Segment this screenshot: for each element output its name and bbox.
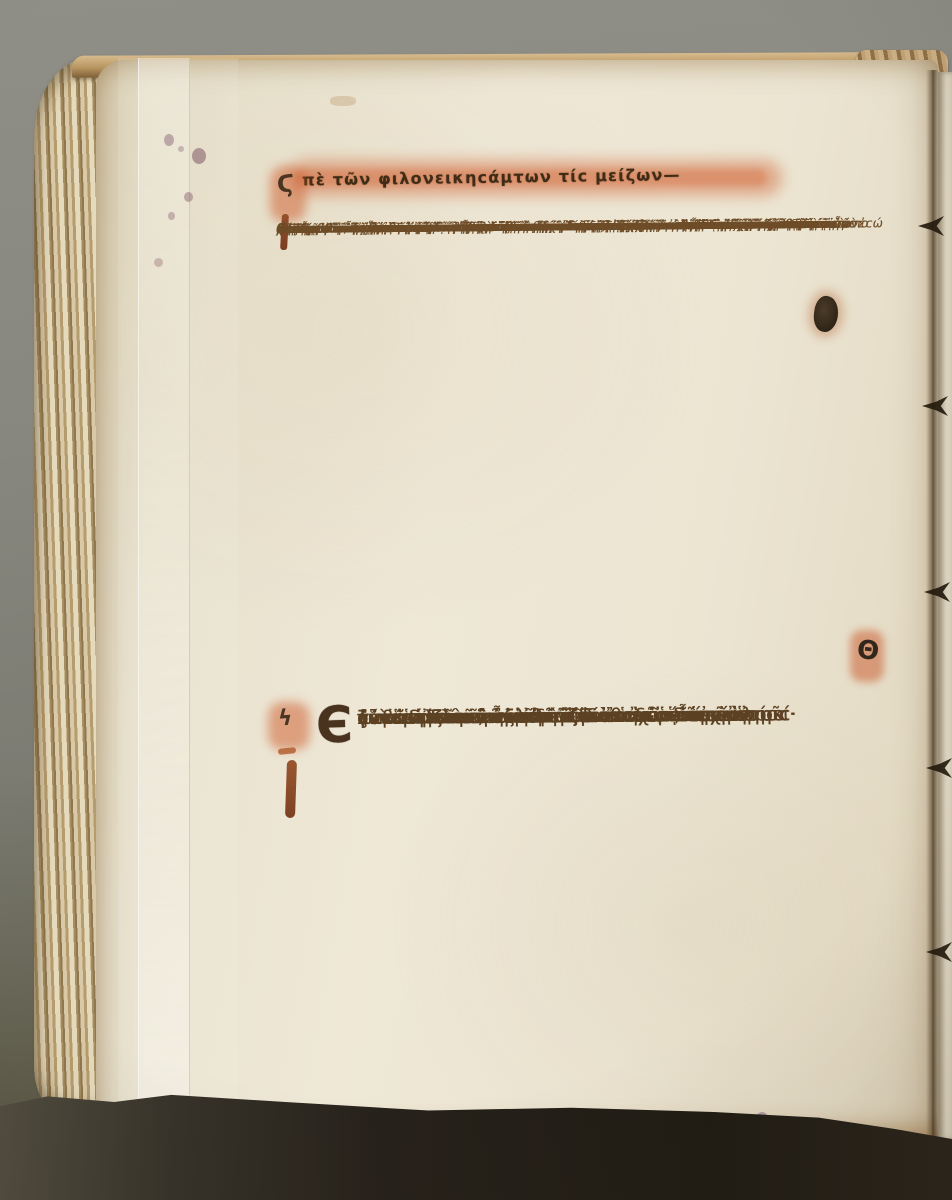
tape-strip bbox=[138, 58, 190, 1144]
mold-stain bbox=[154, 258, 163, 267]
mold-stain bbox=[178, 146, 184, 152]
scripture-line: ὡc ὁ διακονῶν· ὑμεῖc δὲ ἐcτὲ οἱ διαμεμεν… bbox=[357, 701, 784, 732]
section-number-mark: Ϛ bbox=[276, 169, 296, 199]
foxing-stain bbox=[330, 96, 356, 106]
commentary-line: θύμηcα τοῦτο τὸ πάcχα φαγεῖν μεθ᾽ ὑμῶν Ι… bbox=[276, 212, 725, 244]
mold-stain bbox=[192, 148, 206, 164]
mold-stain bbox=[168, 212, 175, 220]
initial-epsilon: Є bbox=[315, 695, 354, 754]
manuscript-photo: πὲ τῶν φιλονεικηcάμτων τίc μείζων— Ϛ ὧδε… bbox=[0, 0, 952, 1200]
rubric-bar bbox=[285, 760, 297, 818]
mold-stain bbox=[184, 192, 193, 202]
quire-mark: Θ bbox=[855, 635, 880, 667]
mold-stain bbox=[164, 134, 174, 146]
section-number-mark: ϟ bbox=[277, 706, 293, 732]
